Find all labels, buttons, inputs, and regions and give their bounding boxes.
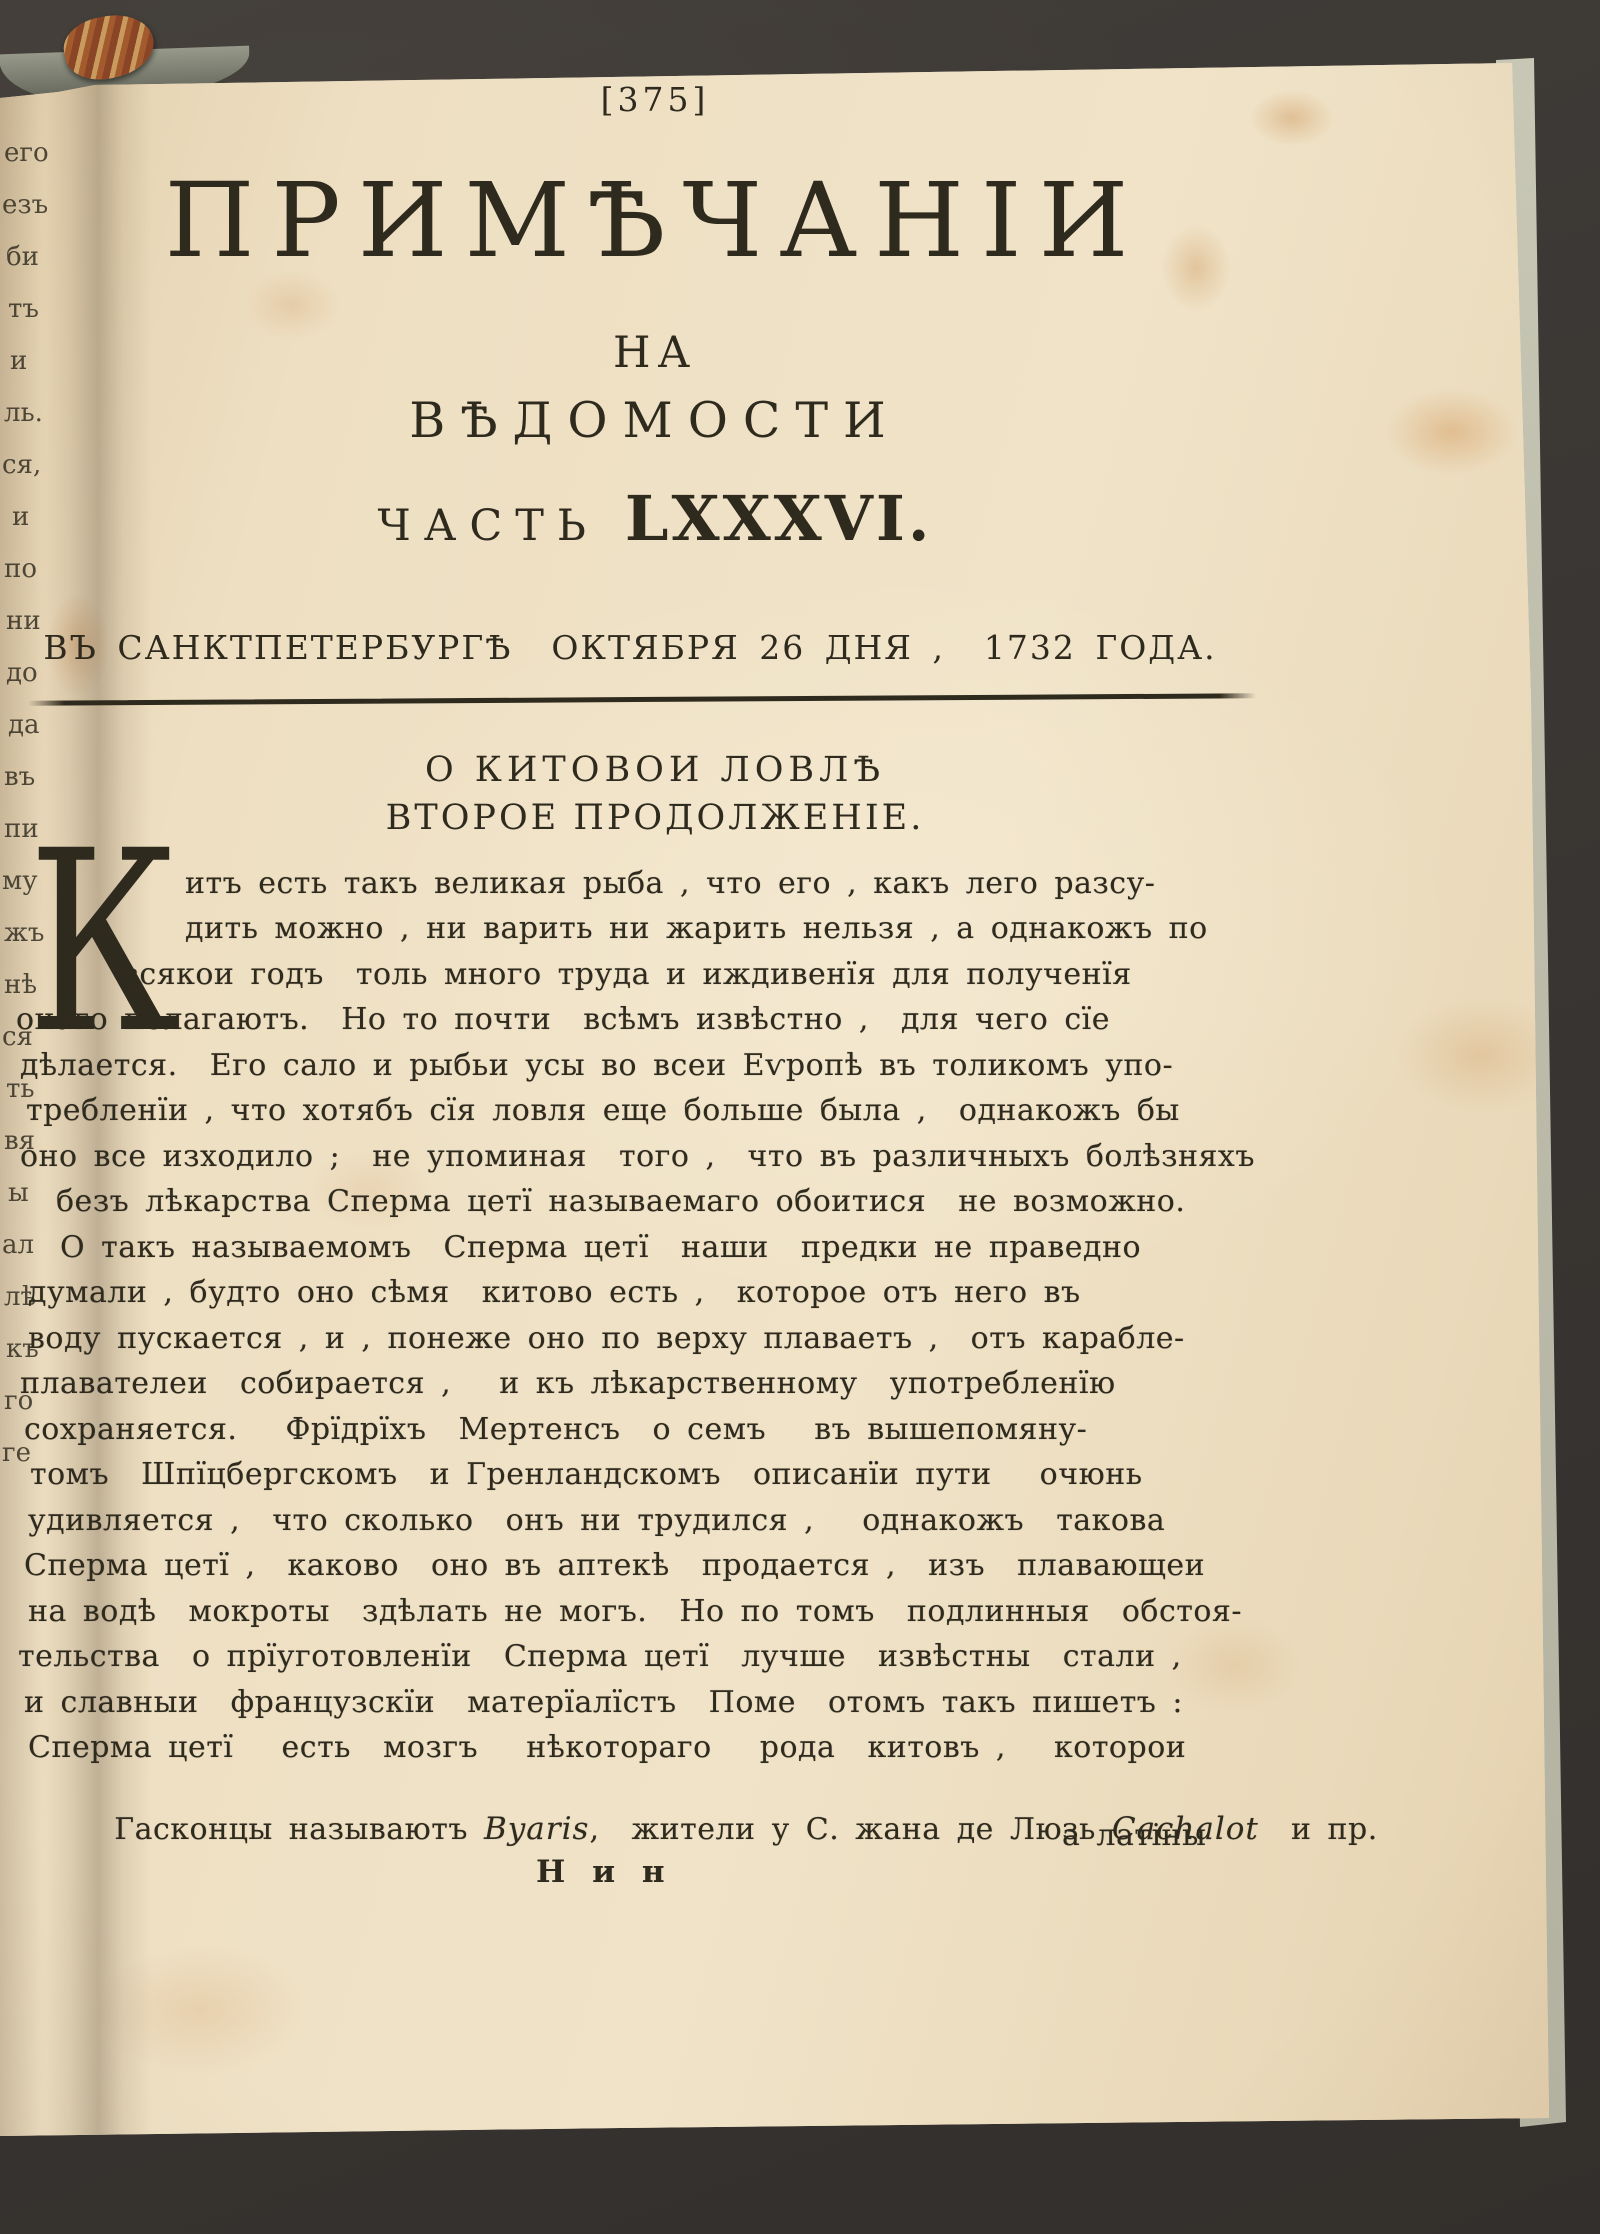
body-line: сохраняется. Фрїдрїхъ Мертенсъ о семъ въ… (24, 1412, 1087, 1447)
title-line-vedomosti: ВѢДОМОСТИ (35, 392, 1275, 449)
body-line-segment: , жители у С. жана де Люзь (589, 1812, 1111, 1847)
section-heading-line1: О КИТОВОИ ЛОВЛѢ (35, 750, 1275, 790)
signature-mark: Н и н (536, 1854, 667, 1890)
body-line: думали , будто оно сѣмя китово есть , ко… (28, 1275, 1081, 1310)
body-line: онаго полагаютъ. Но то почти всѣмъ извѣс… (16, 1002, 1110, 1037)
body-line: плавателеи собирается , и къ лѣкарственн… (20, 1366, 1116, 1401)
body-line: удивляется , что сколько онъ ни трудился… (28, 1503, 1165, 1538)
body-line: Сперма цетї , каково оно въ аптекѣ прода… (24, 1548, 1205, 1583)
body-line: а латіны (1062, 1818, 1206, 1853)
body-line: О такъ называемомъ Сперма цетї наши пред… (60, 1230, 1141, 1265)
body-line-segment: Гасконцы называютъ (114, 1812, 484, 1847)
body-line: Сперма цетї есть мозгъ нѣкотораго рода к… (28, 1730, 1186, 1765)
margin-fragment: ал (2, 1230, 34, 1260)
body-line: на водѣ мокроты здѣлать не могъ. Но по т… (28, 1594, 1242, 1629)
margin-fragment: въ (4, 762, 35, 792)
body-line: и славныи французскїи матерїалїстъ Поме … (24, 1685, 1183, 1720)
latin-word: Byaris (484, 1811, 589, 1847)
body-line: итъ есть такъ великая рыба , что его , к… (185, 866, 1155, 901)
body-line: всякои годъ толь много труда и иждивенїя… (122, 957, 1132, 992)
margin-fragment: да (8, 710, 40, 740)
page-number: [375] (35, 80, 1275, 119)
body-line: тельства о прїуготовленїи Сперма цетї лу… (18, 1639, 1182, 1674)
part-number: LXXXVI. (625, 482, 933, 555)
photo-backdrop: его езъ би тъ и ль. ся, и по ни до да въ… (0, 0, 1600, 2234)
title-line-na: НА (35, 328, 1275, 378)
body-line: требленїи , что хотябъ сїя ловля еще бол… (26, 1093, 1180, 1128)
part-label: ЧАСТЬ (378, 501, 599, 551)
dateline: ВЪ САНКТПЕТЕРБУРГѢ ОКТЯБРЯ 26 ДНЯ , 1732… (30, 628, 1230, 667)
horizontal-rule (28, 693, 1256, 706)
margin-fragment: тъ (8, 294, 39, 324)
margin-fragment: по (4, 554, 37, 584)
book-page: его езъ би тъ и ль. ся, и по ни до да въ… (0, 0, 1600, 2234)
margin-fragment: и (12, 502, 29, 532)
page-title: ПРИМѢЧАНІИ (35, 162, 1275, 280)
body-line: воду пускается , и , понеже оно по верху… (28, 1321, 1185, 1356)
title-part-line: ЧАСТЬLXXXVI. (35, 482, 1275, 555)
margin-fragment: ся, (2, 450, 41, 480)
body-line: дѣлается. Его сало и рыбьи усы во всеи Е… (20, 1048, 1173, 1083)
body-line: дить можно , ни варить ни жарить нельзя … (185, 911, 1208, 946)
body-line: оно все изходило ; не упоминая того , чт… (20, 1139, 1255, 1174)
section-heading-line2: ВТОРОЕ ПРОДОЛЖЕНІЕ. (35, 798, 1275, 838)
body-line-segment: и пр. (1259, 1812, 1378, 1847)
body-line: безъ лѣкарства Сперма цетї называемаго о… (56, 1184, 1185, 1219)
body-line: томъ Шпїцбергскомъ и Гренландскомъ описа… (30, 1457, 1143, 1492)
margin-fragment: ы (8, 1178, 29, 1208)
margin-fragment: и (10, 346, 27, 376)
